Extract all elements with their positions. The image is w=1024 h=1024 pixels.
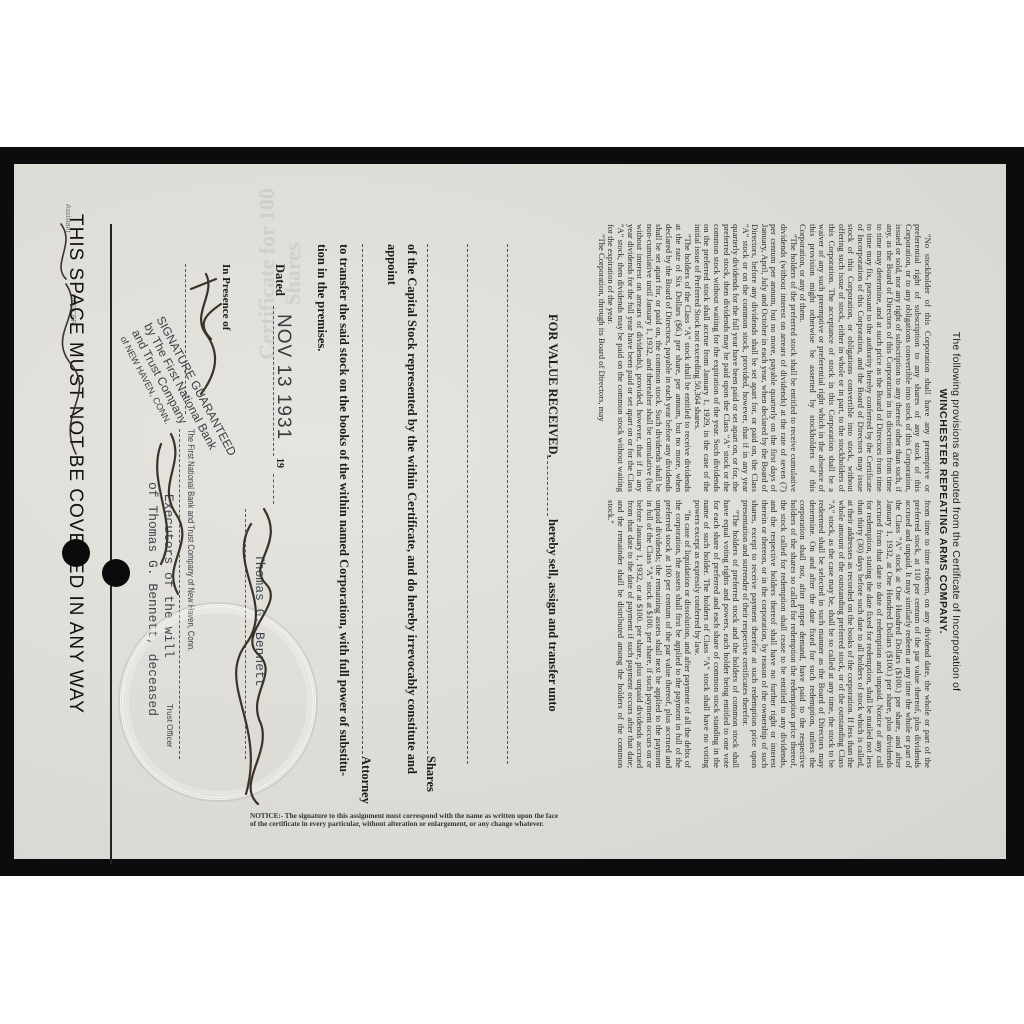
- officer-signature: [61, 224, 80, 454]
- executor-signature: [157, 434, 182, 594]
- certificate-back: Certificate for 100 Shares The following…: [14, 164, 1006, 859]
- handwritten-signatures: [14, 164, 1006, 859]
- bennett-signature: [236, 509, 271, 804]
- witness-signature: [191, 274, 221, 394]
